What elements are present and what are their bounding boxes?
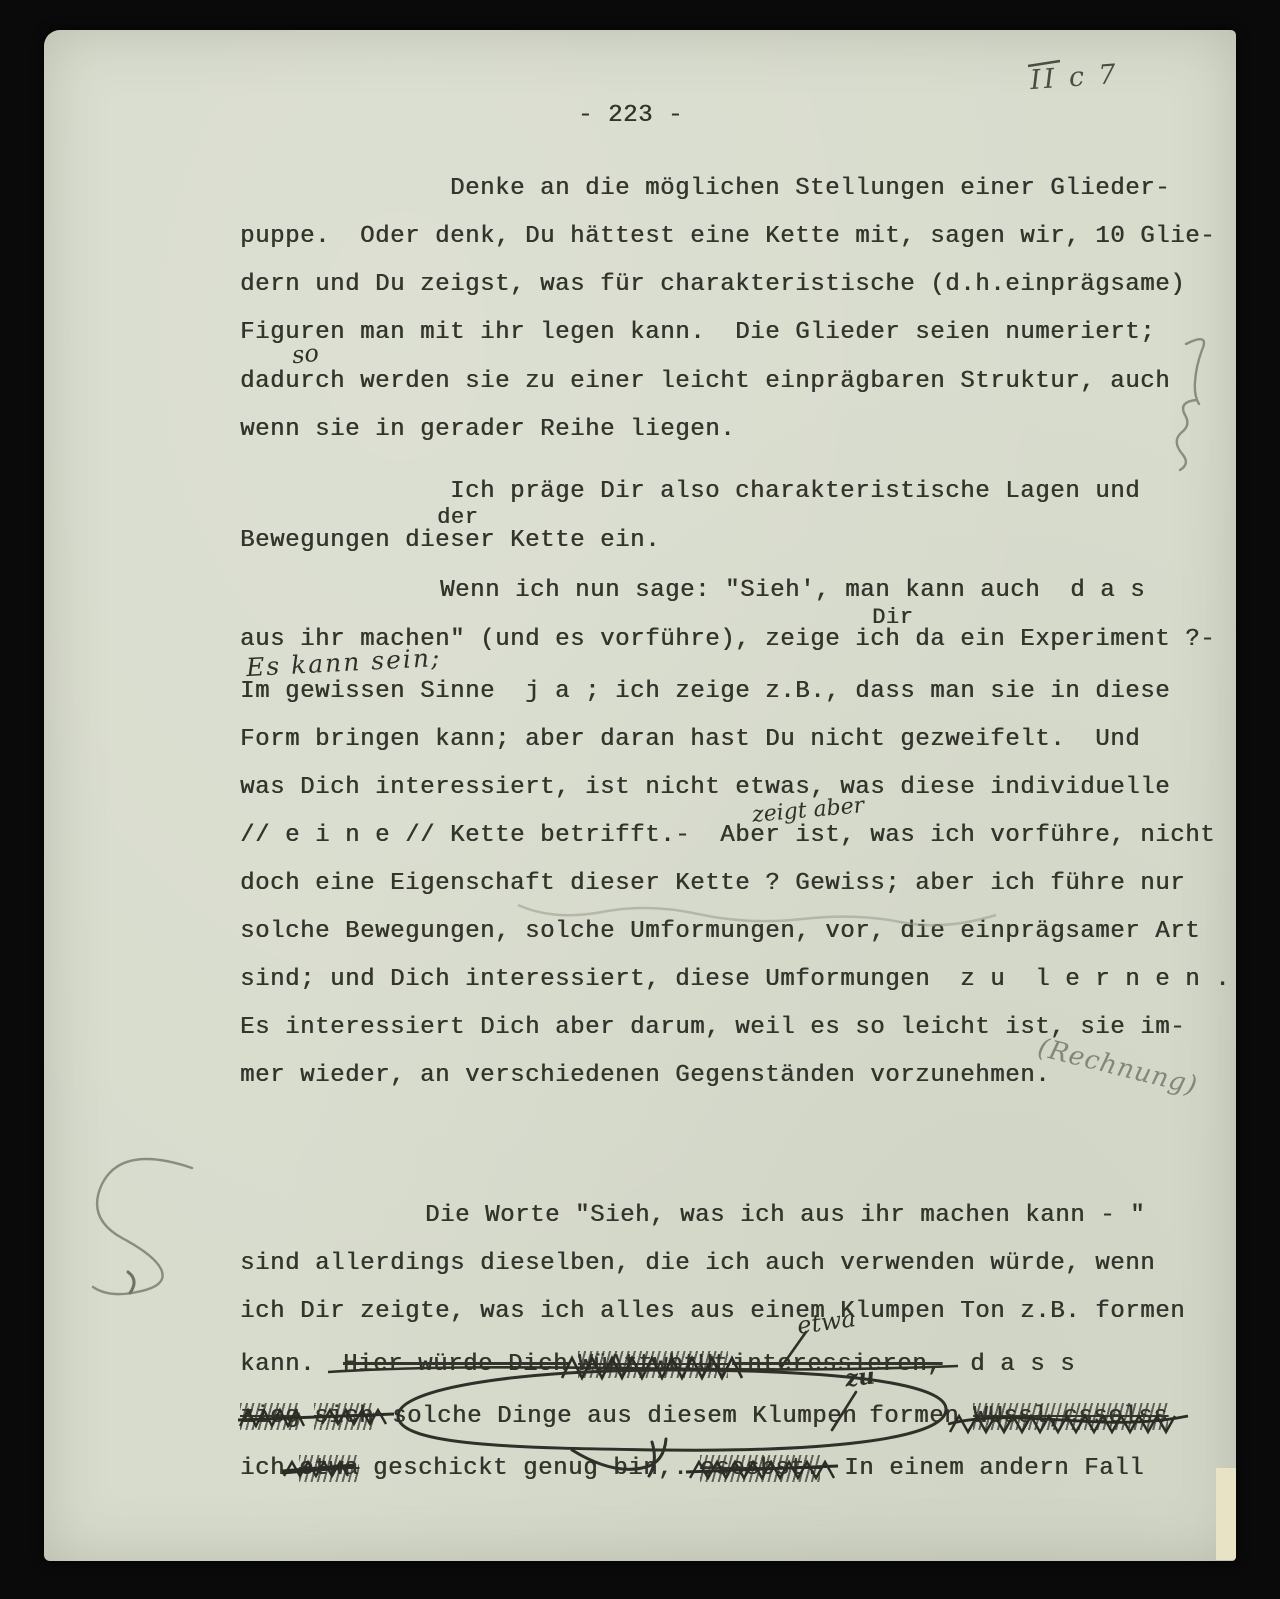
archive-mark: II c 7 [1029,59,1120,96]
typed-text: In einem andern Fall [844,1455,1144,1482]
overtyped-deletion: sich [314,1403,374,1430]
typed-line: sind; und Dich interessiert, diese Umfor… [240,967,1230,993]
typed-line: doch eine Eigenschaft dieser Kette ? Gew… [240,871,1185,897]
underlying-page-edge [1216,1468,1236,1560]
typed-line: Ich präge Dir also charakteristische Lag… [450,479,1140,505]
typed-line: Figuren man mit ihr legen kann. Die Glie… [240,320,1155,346]
typed-line: dern und Du zeigst, was für charakterist… [240,272,1185,298]
typed-line: puppe. Oder denk, Du hättest eine Kette … [240,224,1215,250]
typed-line: wenn sie in gerader Reihe liegen. [240,417,735,443]
typed-line: Die Worte "Sieh, was ich aus ihr machen … [425,1203,1145,1229]
typed-line-with-deletions: ichetwageschickt genug bin,.esesbst.In e… [240,1456,1144,1482]
typed-line: Im gewissen Sinne j a ; ich zeige z.B., … [240,679,1170,705]
typed-line: dadurch werden sie zu einer leicht einpr… [240,369,1170,395]
typed-line: sind allerdings dieselben, die ich auch … [240,1251,1155,1277]
typed-line-with-deletions: kann.Hier würde DichWüAttwbtUtinteressie… [240,1352,1075,1378]
typed-line: Bewegungen dieser Kette ein. [240,528,660,554]
handwritten-zu: zu [844,1363,876,1393]
handwritten-insert-so: so [291,339,321,370]
overtyped-deletion: zieg [240,1403,300,1430]
overtyped-deletion: esesbst. [700,1455,820,1482]
overtyped-deletion: WüAttwbtUt [578,1351,728,1378]
struck-text: Hier würde Dich [343,1351,568,1378]
typed-text: kann. [240,1351,315,1378]
typed-line: ich Dir zeigte, was ich alles aus einem … [240,1299,1185,1325]
typed-line: was Dich interessiert, ist nicht etwas, … [240,775,1170,801]
typed-line: Wenn ich nun sage: "Sieh', man kann auch… [440,578,1145,604]
typed-text: d a s s [970,1351,1075,1378]
typed-line: mer wieder, an verschiedenen Gegenstände… [240,1063,1050,1089]
typed-line-with-deletions: ziegsichsolche Dinge aus diesem Klumpenf… [240,1404,1168,1430]
typed-text: ich [240,1455,285,1482]
struck-text: interessieren, [732,1351,942,1378]
overtyped-deletion: WUssl,csselss [973,1403,1168,1430]
page-number: - 223 - [578,103,683,129]
manuscript-scan: - 223 - II c 7 Denke an die möglichen St… [0,0,1280,1599]
typed-line: // e i n e // Kette betrifft.- Aber ist,… [240,823,1215,849]
circled-typed-text: solche Dinge aus diesem Klumpen [392,1403,857,1430]
circled-typed-text: formen [869,1403,959,1430]
typed-text: geschickt genug bin,. [373,1455,688,1482]
typed-line: Form bringen kann; aber daran hast Du ni… [240,727,1140,753]
overtyped-deletion: etwa [299,1455,359,1482]
typed-line: solche Bewegungen, solche Umformungen, v… [240,919,1200,945]
typed-line: Denke an die möglichen Stellungen einer … [450,176,1170,202]
